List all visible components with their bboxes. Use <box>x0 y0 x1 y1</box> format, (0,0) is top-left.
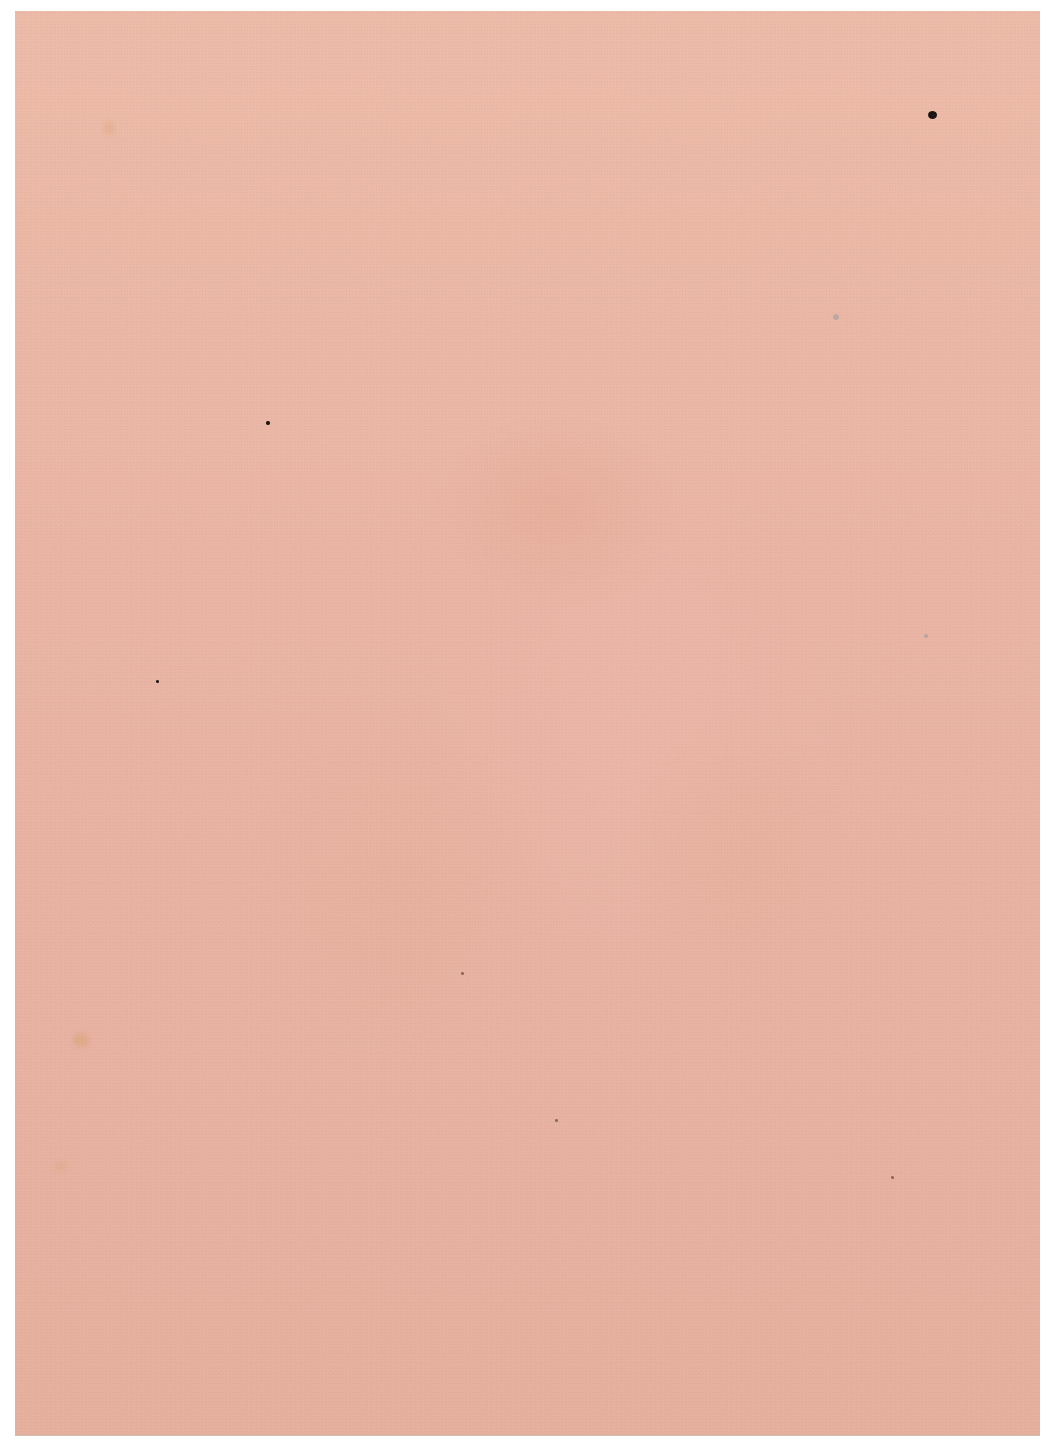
paper-sheet <box>15 11 1040 1435</box>
ink-speck <box>928 111 937 119</box>
dust-speck <box>891 1176 894 1179</box>
foxing-stain <box>103 121 115 135</box>
foxing-stain <box>55 1161 67 1171</box>
dust-speck <box>555 1119 558 1122</box>
foxing-stain <box>73 1033 89 1047</box>
dust-speck <box>461 972 464 975</box>
gray-speck <box>924 634 928 638</box>
ink-speck <box>266 421 270 425</box>
gray-speck <box>833 314 839 320</box>
ink-speck <box>156 680 159 683</box>
